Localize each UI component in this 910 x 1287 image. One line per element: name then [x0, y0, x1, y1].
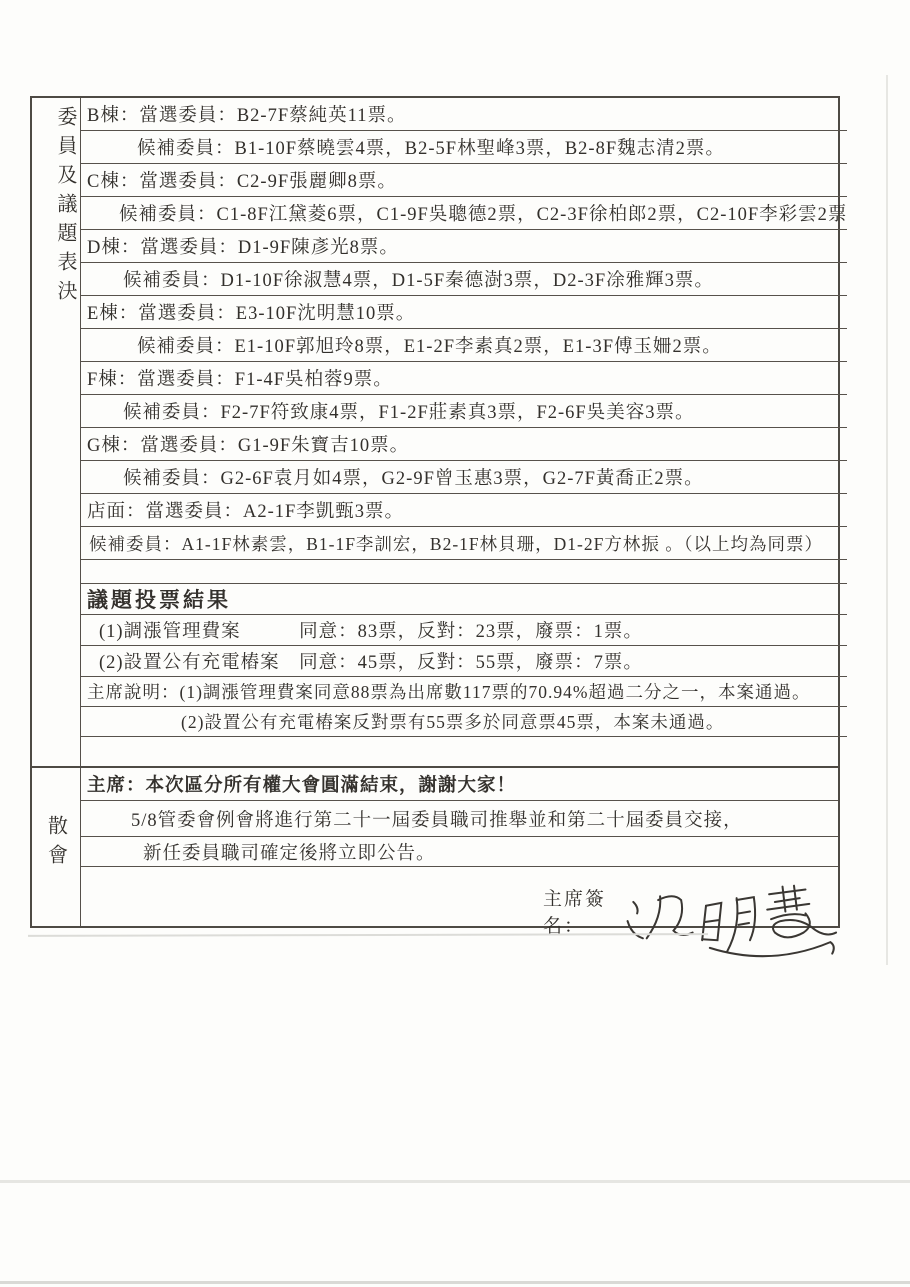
- table-row: 候補委員：D1-10F徐淑慧4票，D1-5F秦德澍3票，D2-3F凃雅輝3票。: [81, 263, 847, 296]
- table-row: 候補委員：F2-7F符致康4票，F1-2F莊素真3票，F2-6F吳美容3票。: [81, 395, 847, 428]
- section-adjournment: 散會 主席：本次區分所有權大會圓滿結束，謝謝大家！5/8管委會例會將進行第二十一…: [32, 768, 838, 926]
- table-row: B棟：當選委員：B2-7F蔡純英11票。: [81, 98, 847, 131]
- section-label-adjournment: 散會: [32, 768, 81, 926]
- chairman-signature-row: 主席簽名：: [81, 895, 838, 926]
- table-row: 主席：本次區分所有權大會圓滿結束，謝謝大家！: [81, 768, 838, 801]
- scanned-document-page: { "colors":{"paper":"#fdfdfb","ink":"#33…: [0, 0, 910, 1287]
- section-label-committee-voting: 委員及議題表決: [32, 98, 81, 766]
- table-row: (2)設置公有充電樁案反對票有55票多於同意票45票，本案未通過。: [81, 707, 847, 737]
- table-row: (1)調漲管理費案 同意：83票，反對：23票，廢票：1票。: [81, 615, 847, 646]
- chairman-signature-label: 主席簽名：: [543, 884, 616, 938]
- table-row: 主席說明：(1)調漲管理費案同意88票為出席數117票的70.94%超過二分之一…: [81, 677, 847, 707]
- minutes-table: 委員及議題表決 B棟：當選委員：B2-7F蔡純英11票。候補委員：B1-10F蔡…: [30, 96, 840, 928]
- table-row: [81, 737, 847, 766]
- chairman-signature-handwriting: [618, 884, 838, 962]
- table-row: 新任委員職司確定後將立即公告。: [81, 837, 838, 867]
- table-row: C棟：當選委員：C2-9F張麗卿8票。: [81, 164, 847, 197]
- table-row: F棟：當選委員：F1-4F吳柏蓉9票。: [81, 362, 847, 395]
- table-row: (2)設置公有充電樁案 同意：45票，反對：55票，廢票：7票。: [81, 646, 847, 677]
- section-committee-and-agenda-voting: 委員及議題表決 B棟：當選委員：B2-7F蔡純英11票。候補委員：B1-10F蔡…: [32, 98, 838, 768]
- table-row: 店面：當選委員：A2-1F李凱甄3票。: [81, 494, 847, 527]
- scan-artifact-streak: [0, 1180, 910, 1183]
- table-row: [81, 560, 847, 584]
- table-row: 候補委員：B1-10F蔡曉雲4票，B2-5F林聖峰3票，B2-8F魏志清2票。: [81, 131, 847, 164]
- committee-voting-rows: B棟：當選委員：B2-7F蔡純英11票。候補委員：B1-10F蔡曉雲4票，B2-…: [81, 98, 847, 766]
- table-row: 候補委員：E1-10F郭旭玲8票，E1-2F李素真2票，E1-3F傅玉姍2票。: [81, 329, 847, 362]
- table-row: 5/8管委會例會將進行第二十一屆委員職司推舉並和第二十屆委員交接，: [81, 801, 838, 837]
- table-row: D棟：當選委員：D1-9F陳彥光8票。: [81, 230, 847, 263]
- table-row: E棟：當選委員：E3-10F沈明慧10票。: [81, 296, 847, 329]
- scan-artifact-streak: [0, 1281, 910, 1284]
- table-row: 候補委員：A1-1F林素雲，B1-1F李訓宏，B2-1F林貝珊，D1-2F方林振…: [81, 527, 847, 560]
- table-row: 候補委員：G2-6F袁月如4票，G2-9F曾玉惠3票，G2-7F黃喬正2票。: [81, 461, 847, 494]
- adjournment-rows: 主席：本次區分所有權大會圓滿結束，謝謝大家！5/8管委會例會將進行第二十一屆委員…: [81, 768, 838, 895]
- table-row: 候補委員：C1-8F江黛菱6票，C1-9F吳聰德2票，C2-3F徐柏郎2票，C2…: [81, 197, 847, 230]
- scan-artifact-edge: [886, 75, 888, 965]
- agenda-results-header: 議題投票結果: [81, 584, 847, 615]
- table-row: G棟：當選委員：G1-9F朱寶吉10票。: [81, 428, 847, 461]
